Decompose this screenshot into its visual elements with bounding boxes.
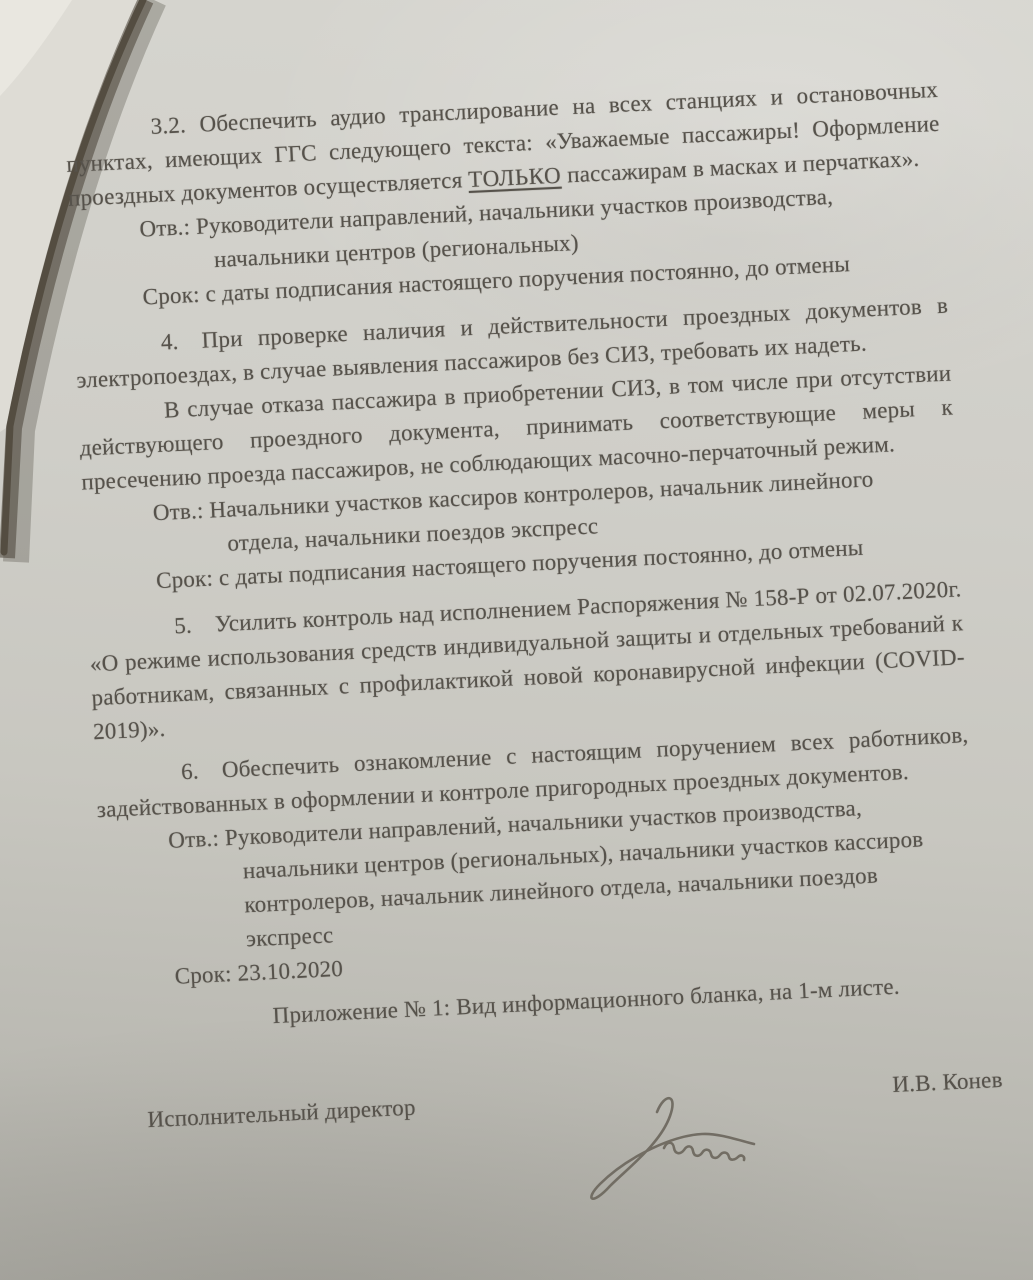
paragraph-5: 5. Усилить контроль над исполнением Расп… [88, 572, 967, 749]
document-photo: 3.2. Обеспечить аудио транслирование на … [0, 0, 1033, 1280]
signature-main-stroke [591, 1098, 754, 1198]
signer-name: И.В. Конев [892, 1063, 1004, 1102]
signature-letter-strokes [664, 1143, 744, 1160]
underlined-word: ТОЛЬКО [468, 163, 562, 192]
position-title: Исполнительный директор [147, 1091, 417, 1138]
handwritten-signature [572, 1076, 787, 1221]
signature-row: Исполнительный директор И.В. Конев [111, 1063, 1004, 1139]
document-page: 3.2. Обеспечить аудио транслирование на … [64, 72, 1003, 1139]
